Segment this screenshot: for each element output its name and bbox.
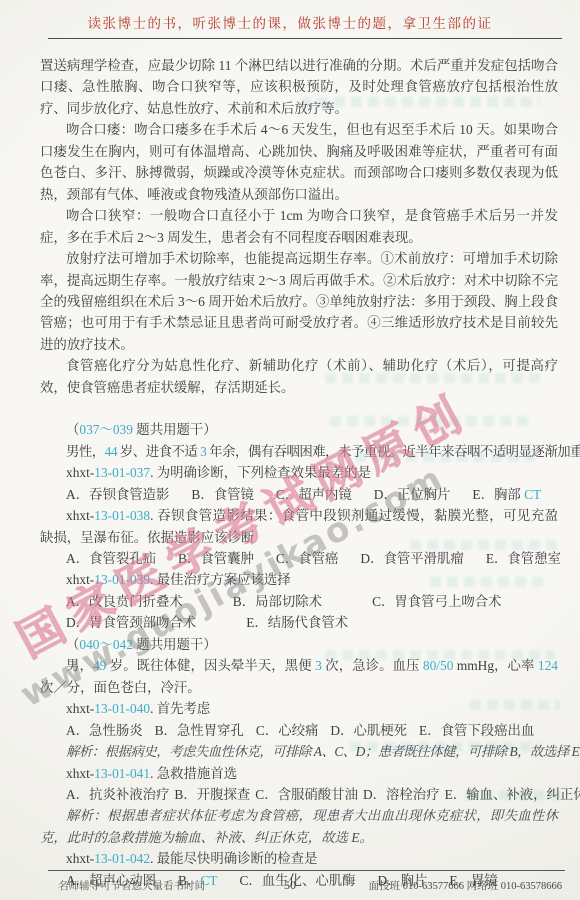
text-run: B．急性胃穿孔 [155,723,244,738]
option: C．血生化、心肌酶 [239,870,355,891]
number-highlight: 44 [105,444,117,459]
text-run: 次／分，面色苍白，冷汗。 [40,680,201,695]
scanned-exam-page: 读张博士的书，听张博士的课，做张博士的题，拿卫生部的证 置送病理学检查，应最少切… [0,0,580,900]
text-run: E．食管憩室 [486,551,561,566]
text-run: C．胃食管弓上吻合术 [372,594,501,609]
options-row: A．改良贲门折叠术B．局部切除术C．胃食管弓上吻合术 [66,591,558,612]
text-run: A．吞钡食管造影 [66,487,169,502]
text-run: E．结肠代食管术 [246,615,348,630]
text-run: . 急救措施首选 [150,766,237,781]
options-row: A．超声心动图B．CTC．血生化、心肌酶D．胸片E．胃镜 [66,870,558,891]
option: B．开腹探查 [174,784,250,805]
text-run: E．输血、补液，纠正休克 [445,787,580,802]
option: E．食管下段癌出血 [419,720,534,741]
text-run: 岁、进食不适 [117,444,200,459]
text-run: D．胸片 [378,873,428,888]
question-stem: xhxt-13-01-040. 首先考虑 [40,698,558,719]
text-run: . 最佳治疗方案应该选择 [150,572,291,587]
text-run: （ [66,637,79,652]
text-run: B．食管囊肿 [178,551,254,566]
option: B．食管镜 [191,484,254,505]
text-run: 题共用题干） [133,422,217,437]
paragraph: 食管癌化疗分为姑息性化疗、新辅助化疗（术前）、辅助化疗（术后），可提高疗效，使食… [40,355,558,398]
text-run: 岁。既往体健，因头晕半天，黑便 [106,658,315,673]
text-run: C．含服硝酸甘油 [255,787,358,802]
number-highlight: 124 [538,658,558,673]
text-run: mmHg，心率 [453,658,538,673]
header-rule [48,38,562,39]
option: C．心绞痛 [256,720,319,741]
text-run: A．超声心动图 [66,873,156,888]
option: E．胃镜 [449,870,497,891]
options-row: A．食管裂孔疝B．食管囊肿C．食管癌D．食管平滑肌瘤E．食管憩室 [66,548,558,569]
option: E．结肠代食管术 [246,612,348,633]
paragraph: 置送病理学检查，应最少切除 11 个淋巴结以进行准确的分期。术后严重并发症包括吻… [40,55,558,119]
question-stem: xhxt-13-01-038. 吞钡食管造影结果：食管中段钡剂通过缓慢，黏膜光整… [40,505,558,548]
page-header-slogan: 读张博士的书，听张博士的课，做张博士的题，拿卫生部的证 [0,12,580,32]
question-stem: xhxt-13-01-041. 急救措施首选 [40,763,558,784]
text-run: C．心绞痛 [256,723,319,738]
text-run: A．急性肠炎 [66,723,143,738]
text-run: （ [66,422,79,437]
option: D．胃食管颈部吻合术 [66,612,196,633]
text-run: xhxt- [66,766,94,781]
question-stem: xhxt-13-01-037. 为明确诊断，下列检查效果最差的是 [40,462,558,483]
case-description: 男性，44 岁、进食不适 3 年余，偶有吞咽困难，未予重视。近半年来吞咽不适明显… [40,441,558,462]
option: D．溶栓治疗 [363,784,440,805]
text-run: E．胸部 [472,487,524,502]
options-row: A．吞钡食管造影B．食管镜C．超声内镜D．正位胸片E．胸部 CT [66,484,558,505]
option: A．急性肠炎 [66,720,143,741]
text-run: D．正位胸片 [374,487,451,502]
document-body: 置送病理学检查，应最少切除 11 个淋巴结以进行准确的分期。术后严重并发症包括吻… [40,55,558,891]
number-highlight: CT [524,487,541,502]
number-highlight: 13-01-039 [94,572,150,587]
text-run: 题共用题干） [133,637,217,652]
text-run: E．胃镜 [449,873,497,888]
case-description: 男，49 岁。既往体健，因头晕半天，黑便 3 次，急诊。血压 80/50 mmH… [40,655,558,698]
number-highlight: 040～042 [79,637,133,652]
option: D．食管平滑肌瘤 [360,548,463,569]
option: A．食管裂孔疝 [66,548,156,569]
options-row: D．胃食管颈部吻合术E．结肠代食管术 [66,612,558,633]
text-run: A．改良贲门折叠术 [66,594,183,609]
text-run: 男性， [66,444,105,459]
option: C．胃食管弓上吻合术 [372,591,501,612]
text-run: 解析：根据患者症状体征考虑为食管癌，现患者大出血出现休克症状，即失血性休克，此时… [40,808,558,844]
option: D．正位胸片 [374,484,451,505]
text-run: C．食管癌 [276,551,339,566]
option: B．CT [178,870,217,891]
question-stem: xhxt-13-01-039. 最佳治疗方案应该选择 [40,569,558,590]
text-run: xhxt- [66,701,94,716]
number-highlight: 3 [315,658,322,673]
option: C．食管癌 [276,548,339,569]
number-highlight: 037～039 [79,422,133,437]
answer-analysis: 解析：根据病史，考虑失血性休克，可排除 A、C、D；患者既往体健，可排除 B，故… [40,741,558,762]
text-run: D．胃食管颈部吻合术 [66,615,196,630]
option: A．超声心动图 [66,870,156,891]
paragraph: 吻合口狭窄：一般吻合口直径小于 1cm 为吻合口狭窄，是食管癌手术后另一并发症，… [40,205,558,248]
text-run: 解析：根据病史，考虑失血性休克，可排除 A、C、D；患者既往体健，可排除 B，故… [66,744,580,759]
text-run: 吻合口狭窄：一般吻合口直径小于 1cm 为吻合口狭窄，是食管癌手术后另一并发症，… [40,208,558,244]
text-run: 次，急诊。血压 [322,658,423,673]
number-highlight: 13-01-040 [94,701,150,716]
text-run: B．食管镜 [191,487,254,502]
text-run: xhxt- [66,465,94,480]
text-run: . 为明确诊断，下列检查效果最差的是 [150,465,371,480]
number-highlight: CT [200,873,217,888]
option: B．食管囊肿 [178,548,254,569]
text-run: 男， [66,658,93,673]
number-highlight: 13-01-041 [94,766,150,781]
text-run: D．食管平滑肌瘤 [360,551,463,566]
option: D．胸片 [378,870,428,891]
number-highlight: 13-01-038 [94,508,150,523]
option: A．改良贲门折叠术 [66,591,183,612]
option: D．心肌梗死 [330,720,407,741]
text-run: B．局部切除术 [233,594,322,609]
group-header: （037～039 题共用题干） [40,419,558,440]
option: B．急性胃穿孔 [155,720,244,741]
text-run: B．开腹探查 [174,787,250,802]
answer-analysis: 解析：根据患者症状体征考虑为食管癌，现患者大出血出现休克症状，即失血性休克，此时… [40,805,558,848]
text-run: E．食管下段癌出血 [419,723,534,738]
option: E．输血、补液，纠正休克 [445,784,580,805]
text-run: . 最能尽快明确诊断的检查是 [150,851,317,866]
spacer [40,398,558,419]
option: E．胸部 CT [472,484,541,505]
paragraph: 放射疗法可增加手术切除率，也能提高远期生存率。①术前放疗：可增加手术切除率，提高… [40,248,558,355]
text-run: D．心肌梗死 [330,723,407,738]
options-row: A．抗炎补液治疗B．开腹探查C．含服硝酸甘油D．溶栓治疗E．输血、补液，纠正休克 [66,784,558,805]
text-run: xhxt- [66,851,94,866]
text-run: B． [178,873,200,888]
option: A．抗炎补液治疗 [66,784,169,805]
number-highlight: 49 [93,658,106,673]
options-row: A．急性肠炎B．急性胃穿孔C．心绞痛D．心肌梗死E．食管下段癌出血 [66,720,558,741]
text-run: A．抗炎补液治疗 [66,787,169,802]
text-run: 置送病理学检查，应最少切除 11 个淋巴结以进行准确的分期。术后严重并发症包括吻… [40,58,558,116]
text-run: 年余，偶有吞咽困难，未予重视。近半年来吞咽不适明显逐渐加重就诊。 [206,444,580,459]
text-run: . 首先考虑 [150,701,210,716]
paragraph: 吻合口瘘：吻合口瘘多在手术后 4～6 天发生，但也有迟至手术后 10 天。如果吻… [40,119,558,205]
option: A．吞钡食管造影 [66,484,169,505]
text-run: xhxt- [66,572,94,587]
text-run: C．血生化、心肌酶 [239,873,355,888]
number-highlight: 80/50 [423,658,454,673]
option: C．超声内镜 [276,484,352,505]
text-run: 放射疗法可增加手术切除率，也能提高远期生存率。①术前放疗：可增加手术切除率，提高… [40,251,558,352]
text-run: 食管癌化疗分为姑息性化疗、新辅助化疗（术前）、辅助化疗（术后），可提高疗效，使食… [40,358,558,394]
question-stem: xhxt-13-01-042. 最能尽快明确诊断的检查是 [40,848,558,869]
option: C．含服硝酸甘油 [255,784,358,805]
number-highlight: 13-01-037 [94,465,150,480]
text-run: D．溶栓治疗 [363,787,440,802]
number-highlight: 13-01-042 [94,851,150,866]
text-run: 吻合口瘘：吻合口瘘多在手术后 4～6 天发生，但也有迟至手术后 10 天。如果吻… [40,122,558,201]
group-header: （040～042 题共用题干） [40,634,558,655]
option: B．局部切除术 [233,591,322,612]
text-run: xhxt- [66,508,94,523]
text-run: A．食管裂孔疝 [66,551,156,566]
option: E．食管憩室 [486,548,561,569]
text-run: C．超声内镜 [276,487,352,502]
